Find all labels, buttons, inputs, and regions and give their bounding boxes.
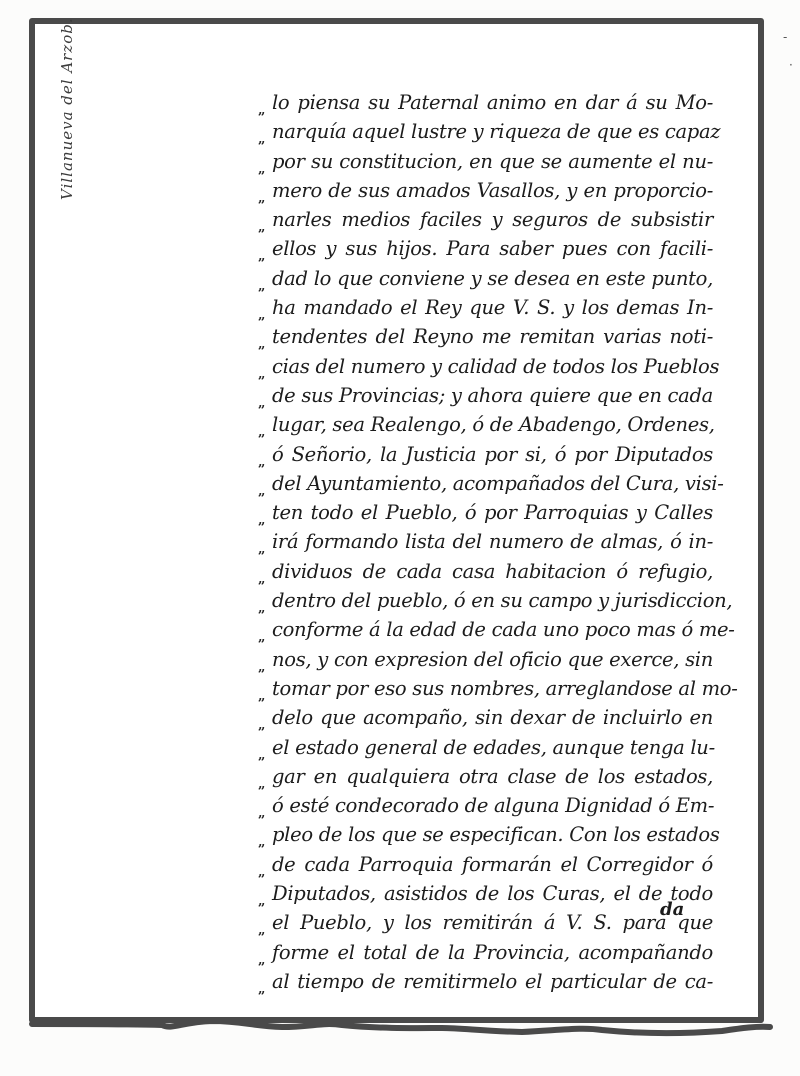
text-line: „narquía aquel lustre y riqueza de que e… [258,117,713,146]
bleed-through-text [140,910,145,929]
text-line: „ellos y sus hijos. Para saber pues con … [258,234,713,263]
text-line: „al tiempo de remitirmelo el particular … [258,967,713,996]
quote-mark: „ [258,477,272,506]
quote-mark: „ [258,184,272,213]
quote-mark: „ [258,389,272,418]
quote-mark: „ [258,125,272,154]
quote-mark: „ [258,213,272,242]
text-line: „lo piensa su Paternal animo en dar á su… [258,88,713,117]
text-line: „Diputados, asistidos de los Curas, el d… [258,879,713,908]
quote-mark: „ [258,448,272,477]
text-line: „conforme á la edad de cada uno poco mas… [258,615,713,644]
text-line: „dentro del pueblo, ó en su campo y juri… [258,586,713,615]
quote-mark: „ [258,360,272,389]
text-line: „dad lo que conviene y se desea en este … [258,264,713,293]
quote-mark: „ [258,242,272,271]
quote-mark: „ [258,799,272,828]
margin-speck: - [783,30,787,44]
text-line: „del Ayuntamiento, acompañados del Cura,… [258,469,713,498]
quote-mark: „ [258,535,272,564]
quote-mark: „ [258,330,272,359]
quote-mark: „ [258,946,272,975]
document-body-text: „lo piensa su Paternal animo en dar á su… [258,88,713,996]
quote-mark: „ [258,828,272,857]
text-line: „ó esté condecorado de alguna Dignidad ó… [258,791,713,820]
margin-speck: · [789,58,793,72]
text-line: „mero de sus amados Vasallos, y en propo… [258,176,713,205]
text-line: „nos, y con expresion del oficio que exe… [258,645,713,674]
quote-mark: „ [258,770,272,799]
text-line: „lugar, sea Realengo, ó de Abadengo, Ord… [258,410,713,439]
text-line: „tendentes del Reyno me remitan varias n… [258,322,713,351]
scanned-page: Villanueva del Arzob. - · „lo piensa su … [0,0,800,1076]
text-line: „irá formando lista del numero de almas,… [258,527,713,556]
quote-mark: „ [258,711,272,740]
text-line: „por su constitucion, en que se aumente … [258,147,713,176]
text-line: „forme el total de la Provincia, acompañ… [258,938,713,967]
text-line: „tomar por eso sus nombres, arreglandose… [258,674,713,703]
quote-mark: „ [258,272,272,301]
quote-mark: „ [258,741,272,770]
quote-mark: „ [258,96,272,125]
quote-mark: „ [258,594,272,623]
quote-mark: „ [258,565,272,594]
quote-mark: „ [258,653,272,682]
text-line: „gar en qualquiera otra clase de los est… [258,762,713,791]
quote-mark: „ [258,887,272,916]
quote-mark: „ [258,916,272,945]
text-line: „el estado general de edades, aunque ten… [258,733,713,762]
text-line: „el Pueblo, y los remitirán á V. S. para… [258,908,713,937]
text-line: „ha mandado el Rey que V. S. y los demas… [258,293,713,322]
text-line: „narles medios faciles y seguros de subs… [258,205,713,234]
handwritten-margin-note: Villanueva del Arzob. [58,17,76,200]
quote-mark: „ [258,506,272,535]
text-line: „delo que acompaño, sin dexar de incluir… [258,703,713,732]
quote-mark: „ [258,858,272,887]
catchword: da [660,899,684,920]
quote-mark: „ [258,418,272,447]
quote-mark: „ [258,155,272,184]
text-line: „de sus Provincias; y ahora quiere que e… [258,381,713,410]
quote-mark: „ [258,301,272,330]
text-line: „ó Señorio, la Justicia por si, ó por Di… [258,440,713,469]
text-line: „de cada Parroquia formarán el Corregido… [258,850,713,879]
text-line: „ten todo el Pueblo, ó por Parroquias y … [258,498,713,527]
torn-bottom-border [22,1018,778,1042]
text-line: „cias del numero y calidad de todos los … [258,352,713,381]
quote-mark: „ [258,623,272,652]
quote-mark: „ [258,975,272,1004]
text-line: „pleo de los que se especifican. Con los… [258,820,713,849]
quote-mark: „ [258,682,272,711]
text-line: „dividuos de cada casa habitacion ó refu… [258,557,713,586]
